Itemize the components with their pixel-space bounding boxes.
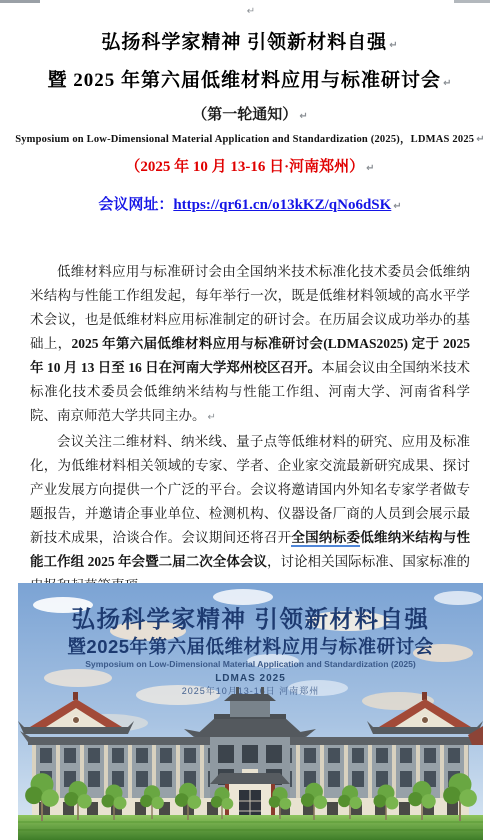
paragraph-mark-icon: ↵ [393, 201, 401, 212]
banner-title-line2: 暨2025年第六届低维材料应用与标准研讨会 [67, 636, 433, 657]
website-label: 会议网址： [98, 197, 173, 213]
banner-acronym: LDMAS 2025 [215, 673, 286, 684]
round-note-text: （第一轮通知） [192, 107, 297, 123]
document-body: 低维材料应用与标准研讨会由全国纳米技术标准化技术委员会低维纳米结构与性能工作组发… [30, 260, 470, 626]
paragraph-mark-icon: ↵ [208, 412, 216, 423]
paragraph-mark-icon: ↵ [443, 78, 452, 89]
banner-title-line1: 弘扬科学家精神 引领新材料自强 [71, 605, 429, 632]
doc-title-line1: 弘扬科学家精神 引领新材料自强↵ [0, 26, 500, 63]
doc-title-line2: 暨 2025 年第六届低维材料应用与标准研讨会↵ [0, 63, 500, 102]
paragraph-mark-icon: ↵ [366, 163, 374, 174]
paragraph-mark-icon: ↵ [389, 40, 398, 51]
top-left-edge-mark [0, 0, 40, 3]
conference-banner-image: 弘扬科学家精神 引领新材料自强 暨2025年第六届低维材料应用与标准研讨会 Sy… [18, 583, 483, 840]
paragraph-mark-icon: ↵ [299, 111, 307, 122]
conference-date-location-text: （2025 年 10 月 13-16 日·河南郑州） [125, 159, 364, 175]
text-run-bold-underlined: 全国纳标委 [291, 530, 360, 547]
symposium-english-title: Symposium on Low-Dimensional Material Ap… [0, 130, 500, 150]
body-paragraph-2: 会议关注二维材料、纳米线、量子点等低维材料的研究、应用及标准化，为低维材料相关领… [30, 430, 470, 600]
round-note: （第一轮通知）↵ [0, 102, 500, 130]
conference-date-location: （2025 年 10 月 13-16 日·河南郑州）↵ [0, 153, 500, 183]
empty-paragraph-mark-top: ↵ [0, 3, 500, 19]
symposium-english-title-text: Symposium on Low-Dimensional Material Ap… [15, 134, 474, 145]
website-line: 会议网址：https://qr61.cn/o13kKZ/qNo6dSK↵ [0, 192, 500, 220]
banner-english-subtitle: Symposium on Low-Dimensional Material Ap… [85, 659, 416, 669]
text-run: 会议关注二维材料、纳米线、量子点等低维材料的研究、应用及标准化，为低维材料相关领… [30, 434, 470, 545]
paragraph-mark-icon: ↵ [476, 134, 485, 145]
doc-title-line2-text: 暨 2025 年第六届低维材料应用与标准研讨会 [48, 70, 442, 91]
website-link[interactable]: https://qr61.cn/o13kKZ/qNo6dSK [173, 197, 391, 213]
lawn [18, 815, 483, 840]
doc-title-line1-text: 弘扬科学家精神 引领新材料自强 [101, 32, 387, 53]
top-right-edge-mark [454, 0, 490, 3]
document-page: ↵ 弘扬科学家精神 引领新材料自强↵ 暨 2025 年第六届低维材料应用与标准研… [0, 0, 500, 840]
paragraph-mark-icon: ↵ [247, 6, 255, 17]
body-paragraph-1: 低维材料应用与标准研讨会由全国纳米技术标准化技术委员会低维纳米结构与性能工作组发… [30, 260, 470, 430]
